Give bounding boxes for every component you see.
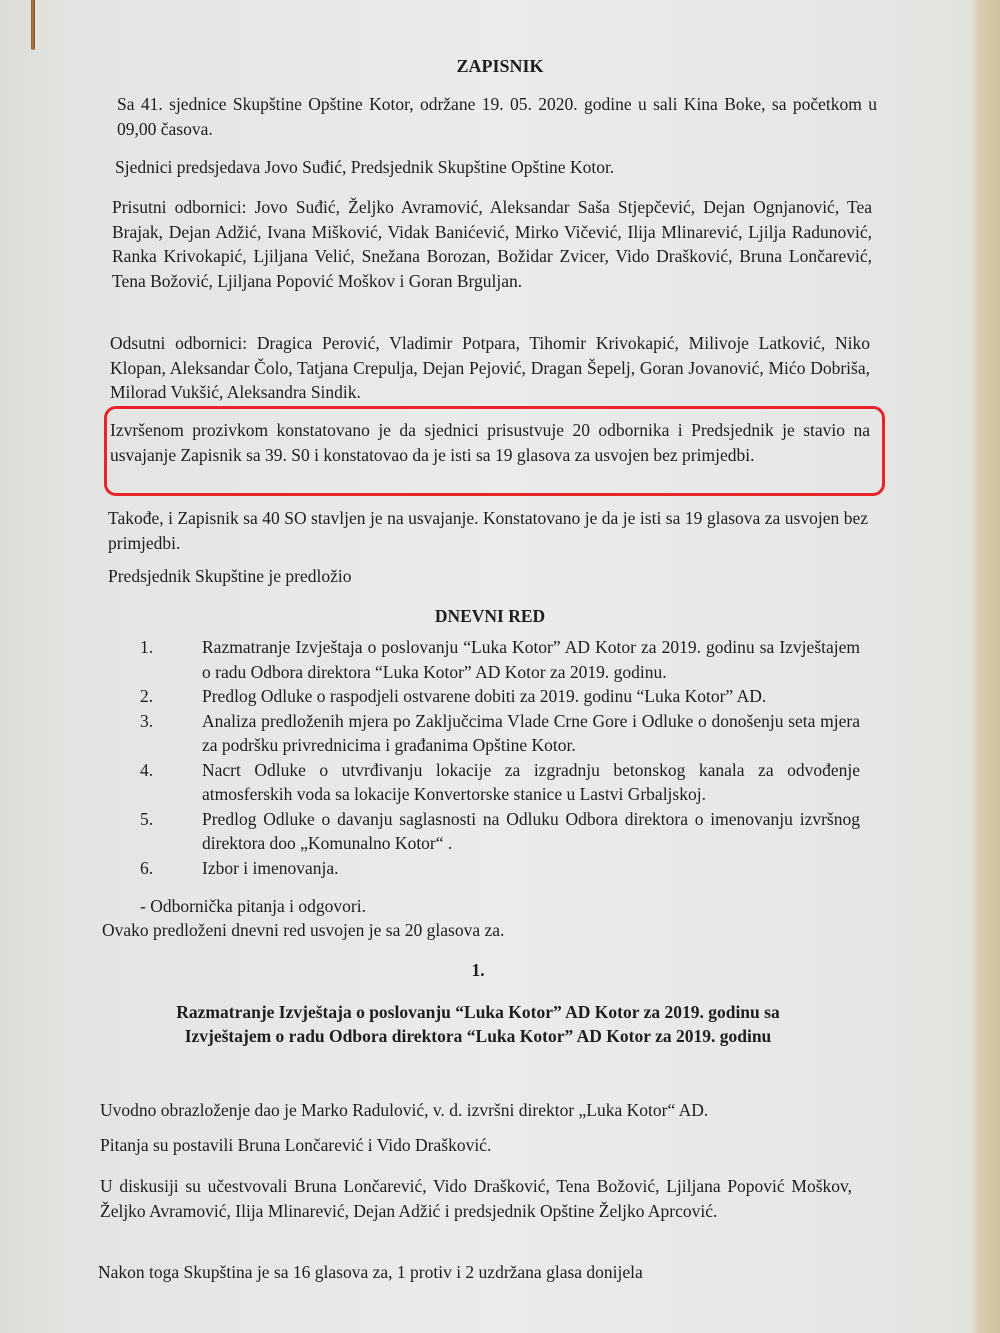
agenda-item-text: Predlog Odluke o raspodjeli ostvarene do… [202, 684, 860, 709]
intro-paragraph: Sa 41. sjednice Skupštine Opštine Kotor,… [117, 92, 877, 141]
agenda-list: 1. Razmatranje Izvještaja o poslovanju “… [140, 635, 860, 880]
agenda-extra-item: - Odbornička pitanja i odgovori. [140, 894, 366, 919]
questions-paragraph: Pitanja su postavili Bruna Lončarević i … [100, 1133, 860, 1158]
document-title: ZAPISNIK [0, 54, 1000, 79]
highlighted-paragraph: Izvršenom prozivkom konstatovano je da s… [110, 418, 870, 467]
agenda-item-text: Nacrt Odluke o utvrđivanju lokacije za i… [202, 758, 860, 807]
agenda-item-text: Analiza predloženih mjera po Zaključcima… [202, 709, 860, 758]
agenda-adopted: Ovako predloženi dnevni red usvojen je s… [102, 918, 862, 943]
document-page: ZAPISNIK Sa 41. sjednice Skupštine Opšti… [0, 0, 1000, 1333]
proposal-paragraph: Predsjednik Skupštine je predložio [108, 564, 868, 589]
agenda-item: 3. Analiza predloženih mjera po Zaključc… [140, 709, 860, 758]
chair-paragraph: Sjednici predsjedava Jovo Suđić, Predsje… [115, 155, 875, 180]
discussion-paragraph: U diskusiji su učestvovali Bruna Lončare… [100, 1174, 852, 1223]
agenda-item: 6. Izbor i imenovanja. [140, 856, 860, 881]
agenda-item: 5. Predlog Odluke o davanju saglasnosti … [140, 807, 860, 856]
agenda-item-number: 3. [140, 709, 202, 758]
absent-members-paragraph: Odsutni odbornici: Dragica Perović, Vlad… [110, 331, 870, 405]
explanation-paragraph: Uvodno obrazloženje dao je Marko Radulov… [100, 1098, 860, 1123]
agenda-item-number: 2. [140, 684, 202, 709]
agenda-item-text: Predlog Odluke o davanju saglasnosti na … [202, 807, 860, 856]
section-number: 1. [0, 958, 978, 983]
agenda-item-text: Izbor i imenovanja. [202, 856, 860, 881]
present-members-paragraph: Prisutni odbornici: Jovo Suđić, Željko A… [112, 195, 872, 293]
agenda-item-number: 5. [140, 807, 202, 856]
agenda-item: 1. Razmatranje Izvještaja o poslovanju “… [140, 635, 860, 684]
agenda-heading: DNEVNI RED [0, 604, 990, 629]
agenda-item-text: Razmatranje Izvještaja o poslovanju “Luk… [202, 635, 860, 684]
vote-paragraph: Nakon toga Skupština je sa 16 glasova za… [98, 1260, 858, 1285]
section-title-line-2: Izvještajem o radu Odbora direktora “Luk… [0, 1024, 978, 1049]
agenda-item-number: 1. [140, 635, 202, 684]
agenda-item: 2. Predlog Odluke o raspodjeli ostvarene… [140, 684, 860, 709]
minutes-40-paragraph: Takođe, i Zapisnik sa 40 SO stavljen je … [108, 506, 868, 555]
section-title-line-1: Razmatranje Izvještaja o poslovanju “Luk… [0, 1000, 978, 1025]
agenda-item: 4. Nacrt Odluke o utvrđivanju lokacije z… [140, 758, 860, 807]
agenda-item-number: 6. [140, 856, 202, 881]
agenda-item-number: 4. [140, 758, 202, 807]
